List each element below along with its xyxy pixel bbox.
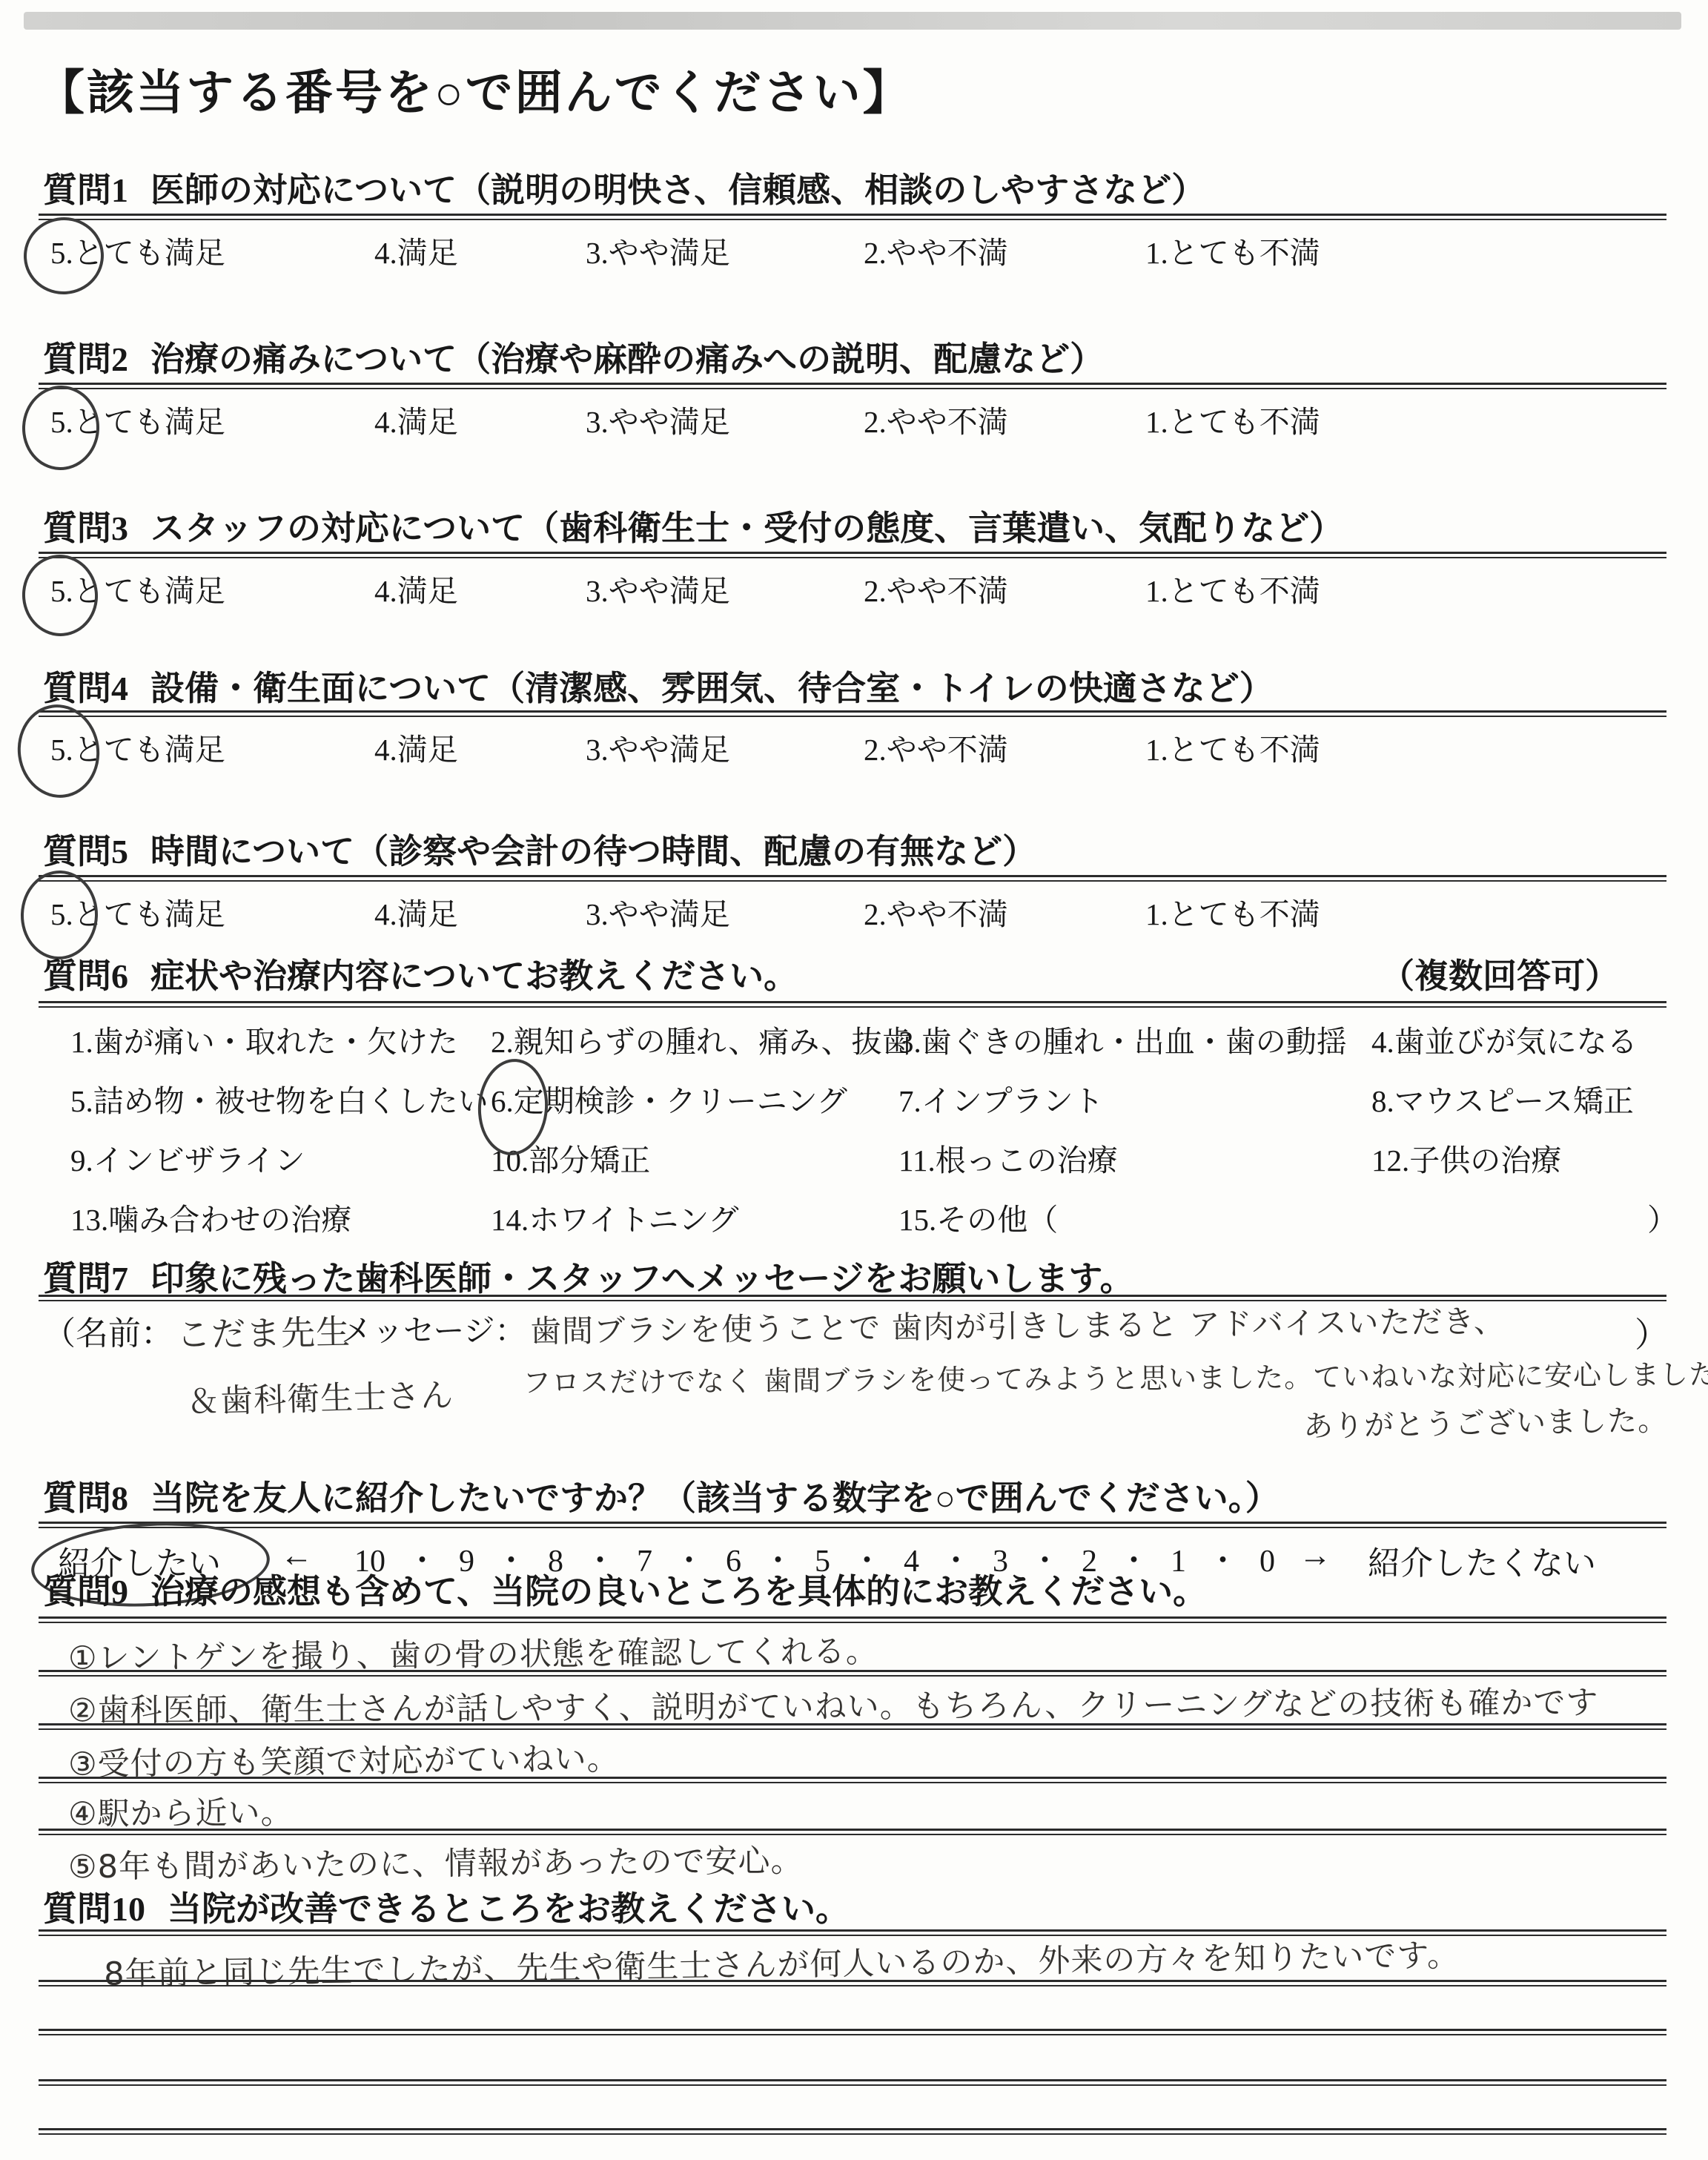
q6-item-12: 12.子供の治療: [1371, 1136, 1561, 1180]
q10-header: 質問10当院が改善できるところをお教えください。: [43, 1882, 850, 1931]
q6-label: 質問6: [43, 957, 128, 995]
q5-options: 5.とても満足 4.満足 3.やや満足 2.やや不満 1.とても不満: [0, 890, 1708, 942]
q3-rule: [39, 552, 1666, 558]
q6-item-7: 7.インプラント: [898, 1077, 1104, 1120]
q4-option-1: 1.とても不満: [1145, 725, 1320, 769]
q5-option-4: 4.満足: [374, 890, 458, 934]
q1-selected-circle: [21, 214, 107, 297]
page-title: 【該当する番号を○で囲んでください】: [37, 55, 913, 123]
q2-option-4: 4.満足: [374, 397, 458, 441]
q6-item-3: 3.歯ぐきの腫れ・出血・歯の動揺: [898, 1017, 1347, 1061]
q2-header: 質問2治療の痛みについて（治療や麻酔の痛みへの説明、配慮など）: [43, 332, 1104, 381]
q8-right-label: 紹介したくない: [1368, 1536, 1596, 1584]
q10-title: 当院が改善できるところをお教えください。: [168, 1890, 850, 1928]
q2-option-1: 1.とても不満: [1145, 397, 1320, 441]
q4-options: 5.とても満足 4.満足 3.やや満足 2.やや不満 1.とても不満: [0, 725, 1708, 777]
q9-answer-4: ④駅から近い。: [68, 1788, 294, 1834]
q7-message-line3: ありがとうございました。: [1303, 1397, 1669, 1446]
q6-title: 症状や治療内容についてお教えください。: [150, 957, 798, 995]
q4-header: 質問4設備・衛生面について（清潔感、雰囲気、待合室・トイレの快適さなど）: [43, 661, 1274, 710]
q2-option-2: 2.やや不満: [864, 397, 1008, 441]
q1-label: 質問1: [43, 171, 128, 209]
q7-close-paren: ）: [1635, 1308, 1669, 1357]
q5-option-1: 1.とても不満: [1145, 890, 1320, 934]
blank-rule-2: [39, 2079, 1666, 2086]
q6-item-8: 8.マウスピース矯正: [1371, 1077, 1634, 1120]
q9-rule: [39, 1616, 1666, 1623]
q4-label: 質問4: [43, 670, 128, 707]
q9-answer-rule-2: [39, 1723, 1666, 1730]
q6-item-2: 2.親知らずの腫れ、痛み、抜歯: [491, 1017, 913, 1061]
q6-other-close-paren: ）: [1647, 1195, 1678, 1239]
q6-item-4: 4.歯並びが気になる: [1371, 1017, 1638, 1061]
blank-rule-3: [39, 2128, 1666, 2135]
q2-rule: [39, 383, 1666, 389]
q1-options: 5.とても満足 4.満足 3.やや満足 2.やや不満 1.とても不満: [0, 228, 1708, 280]
q3-header: 質問3スタッフの対応について（歯科衛生士・受付の態度、言葉遣い、気配りなど）: [43, 501, 1343, 550]
q6-item-11: 11.根っこの治療: [898, 1136, 1118, 1180]
q5-option-3: 3.やや満足: [586, 890, 730, 934]
q8-header: 質問8当院を友人に紹介したいですか？（該当する数字を○で囲んでください。）: [43, 1471, 1280, 1520]
q3-label: 質問3: [43, 509, 128, 547]
q9-answer-rule-1: [39, 1670, 1666, 1677]
q7-label: 質問7: [43, 1260, 128, 1298]
q7-message-line1: 歯間ブラシを使うことで 歯肉が引きしまると アドバイスいただき、: [530, 1297, 1506, 1352]
q10-label: 質問10: [43, 1890, 145, 1928]
q2-title: 治療の痛みについて（治療や麻酔の痛みへの説明、配慮など）: [150, 340, 1104, 378]
q7-name-label: （名前：: [43, 1307, 173, 1354]
q3-selected-circle: [19, 552, 101, 639]
q3-options: 5.とても満足 4.満足 3.やや満足 2.やや不満 1.とても不満: [0, 567, 1708, 618]
q5-selected-circle: [19, 869, 99, 961]
q7-name2-handwriting: ＆歯科衛生士さん: [186, 1368, 454, 1422]
q6-item-15: 15.その他（: [898, 1195, 1058, 1239]
q1-option-1: 1.とても不満: [1145, 228, 1320, 272]
q4-rule: [39, 710, 1666, 717]
q6-item-14: 14.ホワイトニング: [491, 1195, 739, 1239]
blank-rule-1: [39, 2029, 1666, 2035]
q6-item-1: 1.歯が痛い・取れた・欠けた: [70, 1017, 458, 1061]
q2-options: 5.とても満足 4.満足 3.やや満足 2.やや不満 1.とても不満: [0, 397, 1708, 449]
q6-note: （複数回答可）: [1380, 949, 1619, 998]
q8-rule: [39, 1522, 1666, 1528]
q4-option-3: 3.やや満足: [586, 725, 730, 769]
q1-header: 質問1医師の対応について（説明の明快さ、信頼感、相談のしやすさなど）: [43, 163, 1205, 212]
q9-answer-rule-3: [39, 1777, 1666, 1783]
q7-name-handwriting: こだま先生: [176, 1305, 351, 1357]
q3-option-3: 3.やや満足: [586, 567, 730, 610]
q5-rule: [39, 875, 1666, 882]
q3-title: スタッフの対応について（歯科衛生士・受付の態度、言葉遣い、気配りなど）: [150, 509, 1343, 547]
q3-option-1: 1.とても不満: [1145, 567, 1320, 610]
q7-message-line2: フロスだけでなく 歯間ブラシを使ってみようと思いました。ていねいな対応に安心しま…: [523, 1351, 1708, 1401]
q4-option-2: 2.やや不満: [864, 725, 1008, 769]
q10-answer-rule: [39, 1980, 1666, 1986]
q1-option-2: 2.やや不満: [864, 228, 1008, 272]
q1-option-3: 3.やや満足: [586, 228, 730, 272]
q3-option-2: 2.やや不満: [864, 567, 1008, 610]
q5-header: 質問5時間について（診察や会計の待つ時間、配慮の有無など）: [43, 825, 1036, 873]
q9-title: 治療の感想も含めて、当院の良いところを具体的にお教えください。: [150, 1573, 1207, 1611]
q3-option-4: 4.満足: [374, 567, 458, 610]
q1-option-4: 4.満足: [374, 228, 458, 272]
q6-item-5: 5.詰め物・被せ物を白くしたい: [70, 1077, 489, 1120]
q9-answer-5: ⑤8年も間があいたのに、情報があったので安心。: [68, 1836, 804, 1888]
q1-title: 医師の対応について（説明の明快さ、信頼感、相談のしやすさなど）: [150, 171, 1205, 209]
q2-label: 質問2: [43, 340, 128, 378]
q5-label: 質問5: [43, 833, 128, 871]
q5-option-2: 2.やや不満: [864, 890, 1008, 934]
q6-rule: [39, 1001, 1666, 1008]
q7-title: 印象に残った歯科医師・スタッフへメッセージをお願いします。: [150, 1260, 1134, 1298]
q8-label: 質問8: [43, 1479, 128, 1517]
survey-page: 【該当する番号を○で囲んでください】 質問1医師の対応について（説明の明快さ、信…: [0, 0, 1708, 2160]
q4-option-4: 4.満足: [374, 725, 458, 769]
q5-title: 時間について（診察や会計の待つ時間、配慮の有無など）: [150, 833, 1036, 871]
q7-message-label: メッセージ：: [341, 1307, 526, 1351]
q8-title: 当院を友人に紹介したいですか？（該当する数字を○で囲んでください。）: [150, 1479, 1280, 1517]
q7-header: 質問7印象に残った歯科医師・スタッフへメッセージをお願いします。: [43, 1252, 1134, 1301]
q6-header: 質問6症状や治療内容についてお教えください。: [43, 949, 798, 998]
scan-artifact-bar: [24, 12, 1681, 30]
q8-arrow-right: →: [1299, 1536, 1331, 1574]
q9-header: 質問9治療の感想も含めて、当院の良いところを具体的にお教えください。: [43, 1565, 1207, 1614]
q1-rule: [39, 214, 1666, 220]
q6-item-9: 9.インビザライン: [70, 1136, 305, 1180]
q4-title: 設備・衛生面について（清潔感、雰囲気、待合室・トイレの快適さなど）: [150, 670, 1274, 707]
q6-item-13: 13.噛み合わせの治療: [70, 1195, 351, 1239]
q2-option-3: 3.やや満足: [586, 397, 730, 441]
q9-answer-rule-4: [39, 1829, 1666, 1835]
q9-label: 質問9: [43, 1573, 128, 1611]
